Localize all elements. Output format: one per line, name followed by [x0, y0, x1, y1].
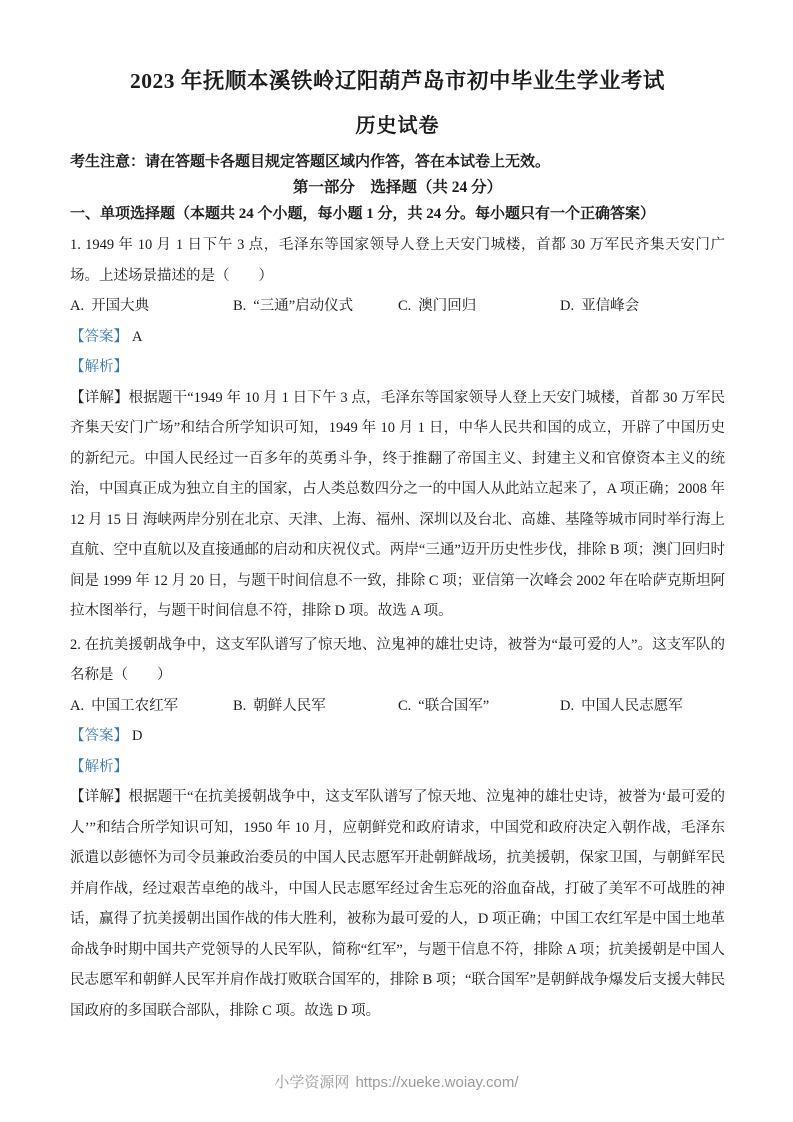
exam-title: 2023 年抚顺本溪铁岭辽阳葫芦岛市初中毕业生学业考试 [70, 66, 725, 96]
option-a-text: 开国大典 [91, 298, 149, 314]
option-b-text: “三通”启动仪式 [253, 298, 353, 314]
answer-label: 【答案】 [70, 329, 128, 345]
candidate-notice: 考生注意：请在答题卡各题目规定答题区域内作答，答在本试卷上无效。 [70, 149, 725, 175]
footer-url: https://xueke.woiay.com/ [355, 1074, 518, 1091]
question-1-answer-row: 【答案】A [70, 322, 725, 353]
option-d-text: 亚信峰会 [581, 298, 639, 314]
question-2-stem: 2. 在抗美援朝战争中，这支军队谱写了惊天地、泣鬼神的雄壮史诗，被誉为“最可爱的… [70, 630, 725, 691]
question-1: 1. 1949 年 10 月 1 日下午 3 点，毛泽东等国家领导人登上天安门城… [70, 230, 725, 627]
option-c-text: “联合国军” [418, 698, 489, 714]
option-b-label: B. [233, 698, 246, 714]
option-a: A.开国大典 [70, 291, 233, 322]
question-1-analysis-row: 【解析】 [70, 352, 725, 383]
option-d-label: D. [560, 298, 574, 314]
detail-text: 根据题干“1949 年 10 月 1 日下午 3 点，毛泽东等国家领导人登上天安… [70, 390, 725, 620]
option-a-text: 中国工农红军 [91, 698, 178, 714]
footer-site-name: 小学资源网 [274, 1074, 349, 1091]
option-d: D.亚信峰会 [560, 291, 725, 322]
section-heading: 一、单项选择题（本题共 24 个小题，每小题 1 分，共 24 分。每小题只有一… [70, 201, 725, 227]
question-1-stem: 1. 1949 年 10 月 1 日下午 3 点，毛泽东等国家领导人登上天安门城… [70, 230, 725, 291]
option-b: B.“三通”启动仪式 [233, 291, 398, 322]
analysis-label: 【解析】 [70, 359, 128, 375]
detail-label: 【详解】 [70, 390, 129, 406]
answer-value: A [128, 329, 142, 345]
question-2-detail: 【详解】根据题干“在抗美援朝战争中，这支军队谱写了惊天地、泣鬼神的雄壮史诗，被誉… [70, 782, 725, 1026]
option-d-text: 中国人民志愿军 [581, 698, 683, 714]
subject-title: 历史试卷 [70, 111, 725, 141]
part-heading: 第一部分 选择题（共 24 分） [70, 175, 725, 201]
option-b: B.朝鲜人民军 [233, 691, 398, 722]
page-footer: 小学资源网https://xueke.woiay.com/ [0, 1071, 793, 1092]
detail-label: 【详解】 [70, 789, 129, 805]
answer-label: 【答案】 [70, 728, 128, 744]
option-c-label: C. [398, 698, 411, 714]
question-1-detail: 【详解】根据题干“1949 年 10 月 1 日下午 3 点，毛泽东等国家领导人… [70, 383, 725, 627]
option-c: C.“联合国军” [398, 691, 560, 722]
option-c: C.澳门回归 [398, 291, 560, 322]
option-b-text: 朝鲜人民军 [253, 698, 326, 714]
option-a-label: A. [70, 698, 84, 714]
question-1-options: A.开国大典 B.“三通”启动仪式 C.澳门回归 D.亚信峰会 [70, 291, 725, 322]
option-b-label: B. [233, 298, 246, 314]
answer-value: D [128, 728, 142, 744]
option-d-label: D. [560, 698, 574, 714]
question-2: 2. 在抗美援朝战争中，这支军队谱写了惊天地、泣鬼神的雄壮史诗，被誉为“最可爱的… [70, 630, 725, 1027]
question-2-analysis-row: 【解析】 [70, 752, 725, 783]
option-a-label: A. [70, 298, 84, 314]
analysis-label: 【解析】 [70, 759, 128, 775]
option-d: D.中国人民志愿军 [560, 691, 725, 722]
exam-paper-page: 2023 年抚顺本溪铁岭辽阳葫芦岛市初中毕业生学业考试 历史试卷 考生注意：请在… [0, 0, 793, 1122]
option-c-label: C. [398, 298, 411, 314]
option-a: A.中国工农红军 [70, 691, 233, 722]
detail-text: 根据题干“在抗美援朝战争中，这支军队谱写了惊天地、泣鬼神的雄壮史诗，被誉为‘最可… [70, 789, 725, 1019]
option-c-text: 澳门回归 [418, 298, 476, 314]
question-2-answer-row: 【答案】D [70, 721, 725, 752]
question-2-options: A.中国工农红军 B.朝鲜人民军 C.“联合国军” D.中国人民志愿军 [70, 691, 725, 722]
